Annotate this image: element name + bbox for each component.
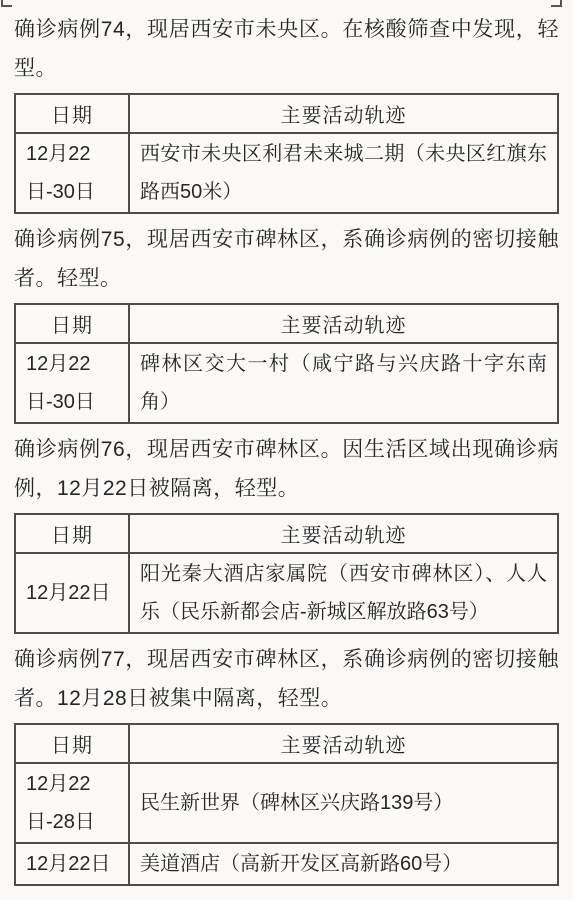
date-column-header: 日期 [15,724,129,763]
trajectory-table: 日期 主要活动轨迹 12月22日 阳光秦大酒店家属院（西安市碑林区）、人人乐（民… [14,513,559,634]
trajectory-table: 日期 主要活动轨迹 12月22日-30日 碑林区交大一村（咸宁路与兴庆路十字东南… [14,303,559,424]
table-header-row: 日期 主要活动轨迹 [15,724,558,763]
trajectory-column-header: 主要活动轨迹 [129,514,558,553]
trajectory-cell: 碑林区交大一村（咸宁路与兴庆路十字东南角） [129,343,558,423]
table-header-row: 日期 主要活动轨迹 [15,94,558,133]
case-paragraph: 确诊病例77，现居西安市碑林区，系确诊病例的密切接触者。12月28日被集中隔离，… [14,640,559,718]
table-row: 12月22日-30日 西安市未央区利君未来城二期（未央区红旗东路西50米） [15,133,558,213]
date-cell: 12月22日-30日 [15,343,129,423]
date-column-header: 日期 [15,514,129,553]
trajectory-cell: 民生新世界（碑林区兴庆路139号） [129,763,558,843]
date-column-header: 日期 [15,304,129,343]
table-row: 12月22日-28日 民生新世界（碑林区兴庆路139号） [15,763,558,843]
case-section-75: 确诊病例75，现居西安市碑林区，系确诊病例的密切接触者。轻型。 日期 主要活动轨… [14,220,559,424]
date-column-header: 日期 [15,94,129,133]
date-cell: 12月22日 [15,843,129,885]
trajectory-column-header: 主要活动轨迹 [129,724,558,763]
case-paragraph: 确诊病例74，现居西安市未央区。在核酸筛查中发现，轻型。 [14,10,559,88]
cropped-table-corner-right [551,0,562,7]
trajectory-cell: 美道酒店（高新开发区高新路60号） [129,843,558,885]
trajectory-table: 日期 主要活动轨迹 12月22日-28日 民生新世界（碑林区兴庆路139号） 1… [14,723,559,886]
trajectory-column-header: 主要活动轨迹 [129,94,558,133]
trajectory-cell: 西安市未央区利君未来城二期（未央区红旗东路西50米） [129,133,558,213]
table-header-row: 日期 主要活动轨迹 [15,514,558,553]
table-header-row: 日期 主要活动轨迹 [15,304,558,343]
trajectory-cell: 阳光秦大酒店家属院（西安市碑林区）、人人乐（民乐新都会店-新城区解放路63号） [129,553,558,633]
case-paragraph: 确诊病例76，现居西安市碑林区。因生活区域出现确诊病例，12月22日被隔离，轻型… [14,430,559,508]
date-cell: 12月22日-28日 [15,763,129,843]
table-row: 12月22日 美道酒店（高新开发区高新路60号） [15,843,558,885]
document-body: 确诊病例74，现居西安市未央区。在核酸筛查中发现，轻型。 日期 主要活动轨迹 1… [0,0,573,886]
table-row: 12月22日 阳光秦大酒店家属院（西安市碑林区）、人人乐（民乐新都会店-新城区解… [15,553,558,633]
trajectory-column-header: 主要活动轨迹 [129,304,558,343]
cropped-table-corner-left [1,0,12,7]
case-section-77: 确诊病例77，现居西安市碑林区，系确诊病例的密切接触者。12月28日被集中隔离，… [14,640,559,886]
date-cell: 12月22日-30日 [15,133,129,213]
case-section-74: 确诊病例74，现居西安市未央区。在核酸筛查中发现，轻型。 日期 主要活动轨迹 1… [14,10,559,214]
trajectory-table: 日期 主要活动轨迹 12月22日-30日 西安市未央区利君未来城二期（未央区红旗… [14,93,559,214]
date-cell: 12月22日 [15,553,129,633]
case-paragraph: 确诊病例75，现居西安市碑林区，系确诊病例的密切接触者。轻型。 [14,220,559,298]
case-section-76: 确诊病例76，现居西安市碑林区。因生活区域出现确诊病例，12月22日被隔离，轻型… [14,430,559,634]
table-row: 12月22日-30日 碑林区交大一村（咸宁路与兴庆路十字东南角） [15,343,558,423]
